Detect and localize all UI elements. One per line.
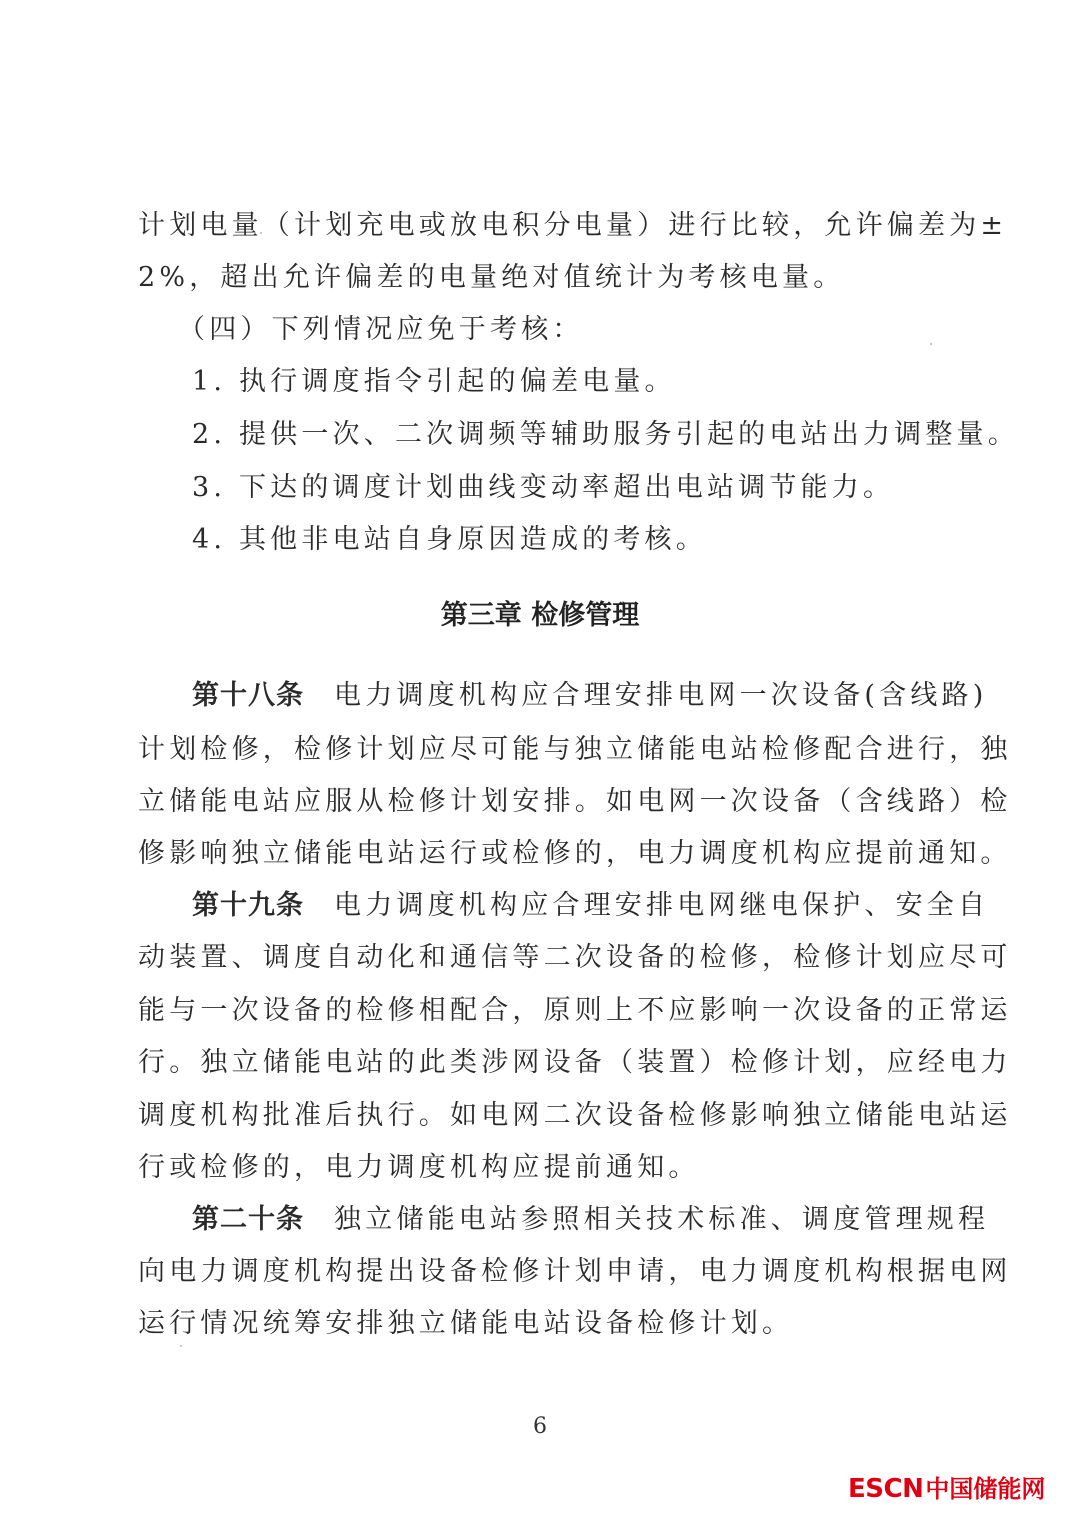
paragraph-line: 立储能电站应服从检修计划安排。如电网一次设备（含线路）检 <box>138 784 948 820</box>
article-19-first-line: 第十九条电力调度机构应合理安排电网继电保护、安全自 <box>192 888 1002 924</box>
exemption-item: 3. 下达的调度计划曲线变动率超出电站调节能力。 <box>192 470 1002 506</box>
article-label: 第二十条 <box>192 1204 304 1235</box>
article-text: 电力调度机构应合理安排电网继电保护、安全自 <box>334 890 989 921</box>
paragraph-line: 行或检修的，电力调度机构应提前通知。 <box>138 1150 948 1186</box>
paragraph-line: 动装置、调度自动化和通信等二次设备的检修，检修计划应尽可 <box>138 940 948 976</box>
watermark-cn: 中国储能网 <box>925 1475 1045 1503</box>
article-text: 独立储能电站参照相关技术标准、调度管理规程 <box>334 1204 989 1235</box>
exemption-item: 1. 执行调度指令引起的偏差电量。 <box>192 364 1002 400</box>
scan-speck <box>180 1345 182 1347</box>
paragraph-line: 能与一次设备的检修相配合，原则上不应影响一次设备的正常运 <box>138 993 948 1029</box>
paragraph-line: 计划检修，检修计划应尽可能与独立储能电站检修配合进行，独 <box>138 732 948 768</box>
paragraph-line: 行。独立储能电站的此类涉网设备（装置）检修计划，应经电力 <box>138 1045 948 1081</box>
chapter-title: 第三章 检修管理 <box>0 598 1080 634</box>
scan-speck <box>930 343 932 345</box>
article-18-first-line: 第十八条电力调度机构应合理安排电网一次设备(含线路) <box>192 678 1002 714</box>
article-label: 第十九条 <box>192 890 304 921</box>
paragraph-line: 向电力调度机构提出设备检修计划申请，电力调度机构根据电网 <box>138 1254 948 1290</box>
paragraph-line: 计划电量（计划充电或放电积分电量）进行比较，允许偏差为± <box>138 208 948 244</box>
page-number: 6 <box>0 1414 1080 1439</box>
paragraph-line: 修影响独立储能电站运行或检修的，电力调度机构应提前通知。 <box>138 836 948 872</box>
exemption-title: （四）下列情况应免于考核： <box>178 312 988 348</box>
article-label: 第十八条 <box>192 680 304 711</box>
watermark-en: ESCN <box>848 1474 923 1504</box>
scan-speck <box>260 232 262 234</box>
article-text: 电力调度机构应合理安排电网一次设备(含线路) <box>334 680 987 711</box>
exemption-item: 4. 其他非电站自身原因造成的考核。 <box>192 522 1002 558</box>
paragraph-line: 2%，超出允许偏差的电量绝对值统计为考核电量。 <box>138 260 948 296</box>
exemption-item: 2. 提供一次、二次调频等辅助服务引起的电站出力调整量。 <box>192 417 1002 453</box>
escn-watermark-logo: ESCN中国储能网 <box>848 1474 1045 1504</box>
paragraph-line: 运行情况统筹安排独立储能电站设备检修计划。 <box>138 1306 948 1342</box>
article-20-first-line: 第二十条独立储能电站参照相关技术标准、调度管理规程 <box>192 1202 1002 1238</box>
paragraph-line: 调度机构批准后执行。如电网二次设备检修影响独立储能电站运 <box>138 1098 948 1134</box>
document-page: 计划电量（计划充电或放电积分电量）进行比较，允许偏差为± 2%，超出允许偏差的电… <box>0 0 1080 1526</box>
